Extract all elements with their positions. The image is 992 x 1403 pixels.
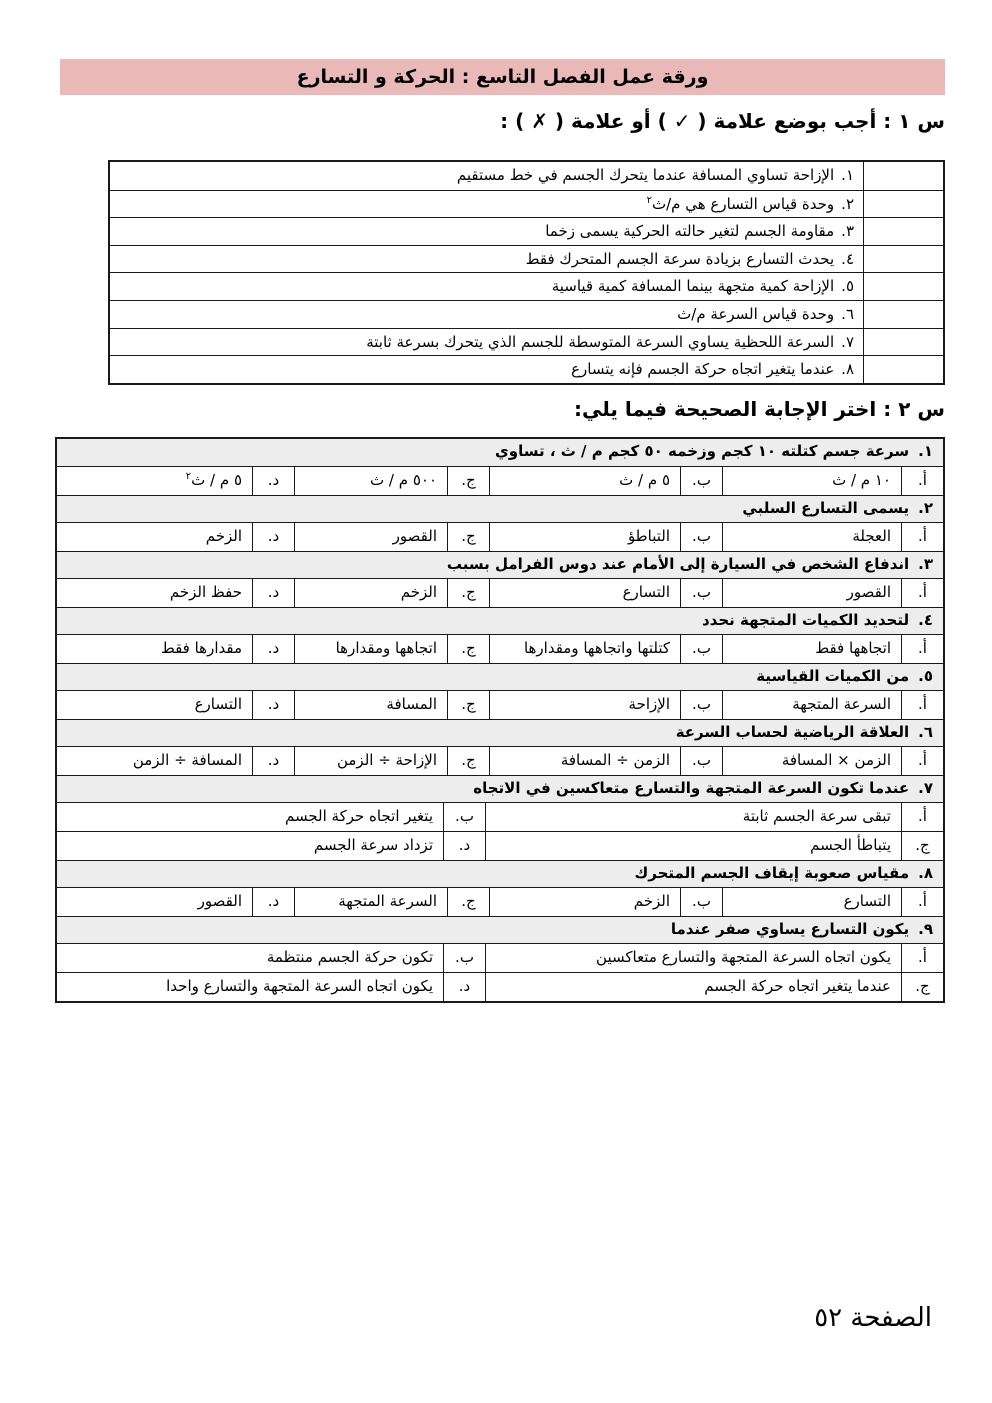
tf-text: وحدة قياس السرعة م/ث — [677, 305, 834, 323]
option-a[interactable]: ١٠ م / ث — [722, 467, 901, 495]
mc-question-text: يسمى التسارع السلبي — [742, 499, 909, 517]
option-b[interactable]: التباطؤ — [489, 523, 680, 551]
tf-text: الإزاحة تساوي المسافة عندما يتحرك الجسم … — [457, 166, 834, 184]
option-letter-b: ب. — [680, 747, 722, 775]
option-text: ٥ م / ث — [191, 471, 242, 489]
mc-question-title: ٨.مقياس صعوبة إيقاف الجسم المتحرك — [635, 861, 933, 887]
option-letter-d: د. — [252, 579, 294, 607]
option-a[interactable]: تبقى سرعة الجسم ثابتة — [485, 803, 901, 831]
option-a[interactable]: اتجاهها فقط — [722, 635, 901, 663]
option-letter-d: د. — [252, 523, 294, 551]
tf-number: ٧. — [841, 333, 854, 351]
question2-prompt: س ٢ : اختر الإجابة الصحيحة فيما يلي: — [574, 394, 945, 424]
tf-row: ٣.مقاومة الجسم لتغير حالته الحركية يسمى … — [110, 217, 943, 245]
worksheet-page: ورقة عمل الفصل التاسع : الحركة و التسارع… — [0, 0, 992, 1403]
multiple-choice-table: ١.سرعة جسم كتلته ١٠ كجم وزخمه ٥٠ كجم م /… — [55, 437, 945, 1003]
option-a[interactable]: العجلة — [722, 523, 901, 551]
option-letter-c: ج. — [447, 579, 489, 607]
tf-text: عندما يتغير اتجاه حركة الجسم فإنه يتسارع — [571, 360, 834, 378]
option-c[interactable]: عندما يتغير اتجاه حركة الجسم — [485, 973, 901, 1001]
tf-number: ٤. — [841, 250, 854, 268]
tf-text: الإزاحة كمية متجهة بينما المسافة كمية قي… — [552, 277, 834, 295]
option-d[interactable]: يكون اتجاه السرعة المتجهة والتسارع واحدا — [57, 973, 443, 1001]
page-number: الصفحة ٥٢ — [814, 1301, 932, 1335]
option-c[interactable]: السرعة المتجهة — [294, 888, 447, 916]
option-d[interactable]: مقدارها فقط — [57, 635, 252, 663]
option-letter-b: ب. — [680, 691, 722, 719]
tf-answer-cell-6[interactable] — [863, 301, 943, 328]
option-letter-a: أ. — [901, 523, 943, 551]
option-b[interactable]: الزخم — [489, 888, 680, 916]
option-c[interactable]: المسافة — [294, 691, 447, 719]
option-d[interactable]: الزخم — [57, 523, 252, 551]
tf-text: مقاومة الجسم لتغير حالته الحركية يسمى زخ… — [545, 222, 834, 240]
option-a[interactable]: الزمن × المسافة — [722, 747, 901, 775]
tf-row: ٢.وحدة قياس التسارع هي م/ث٢ — [110, 190, 943, 218]
mc-options-row-4: أ. اتجاهها فقط ب. كتلتها واتجاهها ومقدار… — [57, 634, 943, 663]
option-letter-a: أ. — [901, 803, 943, 831]
tf-statement: ١.الإزاحة تساوي المسافة عندما يتحرك الجس… — [110, 162, 863, 190]
tf-number: ٣. — [841, 222, 854, 240]
tf-answer-cell-5[interactable] — [863, 273, 943, 300]
option-letter-b: ب. — [680, 523, 722, 551]
mc-options-row-1: أ. ١٠ م / ث ب. ٥ م / ث ج. ٥٠٠ م / ث د. ٥… — [57, 466, 943, 495]
option-letter-a: أ. — [901, 944, 943, 972]
option-letter-b: ب. — [443, 944, 485, 972]
option-b[interactable]: تكون حركة الجسم منتظمة — [57, 944, 443, 972]
mc-question-title: ٢.يسمى التسارع السلبي — [742, 496, 933, 522]
option-d[interactable]: ٥ م / ث٢ — [57, 467, 252, 495]
tf-answer-cell-4[interactable] — [863, 246, 943, 273]
option-letter-c: ج. — [901, 973, 943, 1001]
mc-question-number: ٣. — [918, 555, 933, 573]
option-letter-b: ب. — [680, 579, 722, 607]
option-c[interactable]: اتجاهها ومقدارها — [294, 635, 447, 663]
option-d[interactable]: التسارع — [57, 691, 252, 719]
option-letter-b: ب. — [680, 467, 722, 495]
mc-question-header-2: ٢.يسمى التسارع السلبي — [57, 495, 943, 522]
option-letter-a: أ. — [901, 691, 943, 719]
option-c[interactable]: ٥٠٠ م / ث — [294, 467, 447, 495]
option-letter-b: ب. — [680, 888, 722, 916]
option-letter-d: د. — [252, 691, 294, 719]
option-letter-c: ج. — [447, 888, 489, 916]
option-letter-d: د. — [252, 467, 294, 495]
tf-statement: ٨.عندما يتغير اتجاه حركة الجسم فإنه يتسا… — [110, 356, 863, 383]
mc-question-text: سرعة جسم كتلته ١٠ كجم وزخمه ٥٠ كجم م / ث… — [495, 442, 909, 460]
option-c[interactable]: القصور — [294, 523, 447, 551]
tf-answer-cell-7[interactable] — [863, 329, 943, 356]
mc-question-title: ٦.العلاقة الرياضية لحساب السرعة — [676, 720, 933, 746]
tf-row: ٥.الإزاحة كمية متجهة بينما المسافة كمية … — [110, 272, 943, 300]
mc-question-header-8: ٨.مقياس صعوبة إيقاف الجسم المتحرك — [57, 860, 943, 887]
option-letter-a: أ. — [901, 635, 943, 663]
tf-row: ٤.يحدث التسارع بزيادة سرعة الجسم المتحرك… — [110, 245, 943, 273]
mc-question-title: ٤.لتحديد الكميات المتجهة نحدد — [702, 608, 933, 634]
option-letter-a: أ. — [901, 888, 943, 916]
tf-row: ١.الإزاحة تساوي المسافة عندما يتحرك الجس… — [110, 162, 943, 190]
option-c[interactable]: يتباطأ الجسم — [485, 832, 901, 860]
mc-question-number: ٩. — [918, 920, 933, 938]
mc-options-row-7a: أ. تبقى سرعة الجسم ثابتة ب. يتغير اتجاه … — [57, 802, 943, 831]
option-d[interactable]: القصور — [57, 888, 252, 916]
mc-question-header-9: ٩.يكون التسارع يساوي صفر عندما — [57, 916, 943, 943]
option-b[interactable]: التسارع — [489, 579, 680, 607]
tf-number: ١. — [841, 166, 854, 184]
option-a[interactable]: القصور — [722, 579, 901, 607]
mc-question-text: لتحديد الكميات المتجهة نحدد — [702, 611, 909, 629]
tf-text: السرعة اللحظية يساوي السرعة المتوسطة للج… — [366, 333, 834, 351]
tf-answer-cell-8[interactable] — [863, 356, 943, 383]
mc-question-number: ١. — [918, 442, 933, 460]
tf-statement: ٧.السرعة اللحظية يساوي السرعة المتوسطة ل… — [110, 329, 863, 356]
option-letter-a: أ. — [901, 579, 943, 607]
mc-question-header-6: ٦.العلاقة الرياضية لحساب السرعة — [57, 719, 943, 746]
option-letter-c: ج. — [447, 467, 489, 495]
mc-question-number: ٥. — [918, 667, 933, 685]
mc-question-header-7: ٧.عندما تكون السرعة المتجهة والتسارع متع… — [57, 775, 943, 802]
mc-options-row-9b: ج. عندما يتغير اتجاه حركة الجسم د. يكون … — [57, 972, 943, 1001]
mc-question-number: ٧. — [918, 779, 933, 797]
tf-row: ٨.عندما يتغير اتجاه حركة الجسم فإنه يتسا… — [110, 355, 943, 383]
option-c[interactable]: الزخم — [294, 579, 447, 607]
option-letter-b: ب. — [443, 803, 485, 831]
tf-statement: ٤.يحدث التسارع بزيادة سرعة الجسم المتحرك… — [110, 246, 863, 273]
mc-question-header-3: ٣.اندفاع الشخص في السيارة إلى الأمام عند… — [57, 551, 943, 578]
tf-text: وحدة قياس التسارع هي م/ث — [652, 195, 834, 213]
option-letter-b: ب. — [680, 635, 722, 663]
tf-number: ٢. — [841, 195, 854, 213]
option-c[interactable]: الإزاحة ÷ الزمن — [294, 747, 447, 775]
tf-number: ٨. — [841, 360, 854, 378]
mc-question-text: اندفاع الشخص في السيارة إلى الأمام عند د… — [447, 555, 909, 573]
mc-question-title: ٣.اندفاع الشخص في السيارة إلى الأمام عند… — [447, 552, 933, 578]
tf-row: ٦.وحدة قياس السرعة م/ث — [110, 300, 943, 328]
option-b[interactable]: ٥ م / ث — [489, 467, 680, 495]
tf-number: ٥. — [841, 277, 854, 295]
mc-question-title: ٧.عندما تكون السرعة المتجهة والتسارع متع… — [473, 776, 933, 802]
mc-question-text: من الكميات القياسية — [756, 667, 909, 685]
tf-row: ٧.السرعة اللحظية يساوي السرعة المتوسطة ل… — [110, 328, 943, 356]
tf-statement: ٢.وحدة قياس التسارع هي م/ث٢ — [110, 191, 863, 218]
mc-question-header-4: ٤.لتحديد الكميات المتجهة نحدد — [57, 607, 943, 634]
mc-question-header-1: ١.سرعة جسم كتلته ١٠ كجم وزخمه ٥٠ كجم م /… — [57, 439, 943, 466]
mc-question-number: ٨. — [918, 864, 933, 882]
mc-options-row-8: أ. التسارع ب. الزخم ج. السرعة المتجهة د.… — [57, 887, 943, 916]
mc-question-text: يكون التسارع يساوي صفر عندما — [671, 920, 909, 938]
mc-question-number: ٢. — [918, 499, 933, 517]
mc-question-text: عندما تكون السرعة المتجهة والتسارع متعاك… — [473, 779, 909, 797]
tf-answer-cell-3[interactable] — [863, 218, 943, 245]
mc-options-row-6: أ. الزمن × المسافة ب. الزمن ÷ المسافة ج.… — [57, 746, 943, 775]
option-letter-d: د. — [252, 747, 294, 775]
mc-question-title: ٥.من الكميات القياسية — [756, 664, 933, 690]
tf-number: ٦. — [841, 305, 854, 323]
option-d[interactable]: تزداد سرعة الجسم — [57, 832, 443, 860]
tf-statement: ٣.مقاومة الجسم لتغير حالته الحركية يسمى … — [110, 218, 863, 245]
option-letter-d: د. — [443, 973, 485, 1001]
option-d[interactable]: حفظ الزخم — [57, 579, 252, 607]
mc-question-text: مقياس صعوبة إيقاف الجسم المتحرك — [635, 864, 910, 882]
option-b[interactable]: الزمن ÷ المسافة — [489, 747, 680, 775]
true-false-table: ١.الإزاحة تساوي المسافة عندما يتحرك الجس… — [108, 160, 945, 385]
option-letter-c: ج. — [447, 691, 489, 719]
option-letter-c: ج. — [447, 635, 489, 663]
tf-statement: ٥.الإزاحة كمية متجهة بينما المسافة كمية … — [110, 273, 863, 300]
mc-question-title: ١.سرعة جسم كتلته ١٠ كجم وزخمه ٥٠ كجم م /… — [495, 439, 933, 466]
mc-question-title: ٩.يكون التسارع يساوي صفر عندما — [671, 917, 933, 943]
option-d[interactable]: المسافة ÷ الزمن — [57, 747, 252, 775]
mc-question-text: العلاقة الرياضية لحساب السرعة — [676, 723, 909, 741]
worksheet-title: ورقة عمل الفصل التاسع : الحركة و التسارع — [297, 66, 709, 88]
mc-options-row-9a: أ. يكون اتجاه السرعة المتجهة والتسارع مت… — [57, 943, 943, 972]
option-letter-d: د. — [252, 888, 294, 916]
option-letter-c: ج. — [901, 832, 943, 860]
mc-options-row-5: أ. السرعة المتجهة ب. الإزاحة ج. المسافة … — [57, 690, 943, 719]
option-b[interactable]: كتلتها واتجاهها ومقدارها — [489, 635, 680, 663]
worksheet-title-bar: ورقة عمل الفصل التاسع : الحركة و التسارع — [60, 59, 945, 95]
option-b[interactable]: الإزاحة — [489, 691, 680, 719]
option-a[interactable]: يكون اتجاه السرعة المتجهة والتسارع متعاك… — [485, 944, 901, 972]
tf-answer-cell-2[interactable] — [863, 191, 943, 218]
mc-question-number: ٦. — [918, 723, 933, 741]
option-letter-a: أ. — [901, 467, 943, 495]
mc-options-row-2: أ. العجلة ب. التباطؤ ج. القصور د. الزخم — [57, 522, 943, 551]
option-letter-a: أ. — [901, 747, 943, 775]
mc-question-header-5: ٥.من الكميات القياسية — [57, 663, 943, 690]
option-letter-c: ج. — [447, 747, 489, 775]
option-a[interactable]: التسارع — [722, 888, 901, 916]
mc-options-row-7b: ج. يتباطأ الجسم د. تزداد سرعة الجسم — [57, 831, 943, 860]
question1-prompt: س ١ : أجب بوضع علامة ( ✓ ) أو علامة ( ✗ … — [500, 106, 945, 136]
option-letter-c: ج. — [447, 523, 489, 551]
tf-answer-cell-1[interactable] — [863, 162, 943, 190]
mc-options-row-3: أ. القصور ب. التسارع ج. الزخم د. حفظ الز… — [57, 578, 943, 607]
tf-statement: ٦.وحدة قياس السرعة م/ث — [110, 301, 863, 328]
option-a[interactable]: السرعة المتجهة — [722, 691, 901, 719]
tf-text: يحدث التسارع بزيادة سرعة الجسم المتحرك ف… — [526, 250, 834, 268]
option-letter-d: د. — [443, 832, 485, 860]
option-letter-d: د. — [252, 635, 294, 663]
option-b[interactable]: يتغير اتجاه حركة الجسم — [57, 803, 443, 831]
mc-question-number: ٤. — [918, 611, 933, 629]
